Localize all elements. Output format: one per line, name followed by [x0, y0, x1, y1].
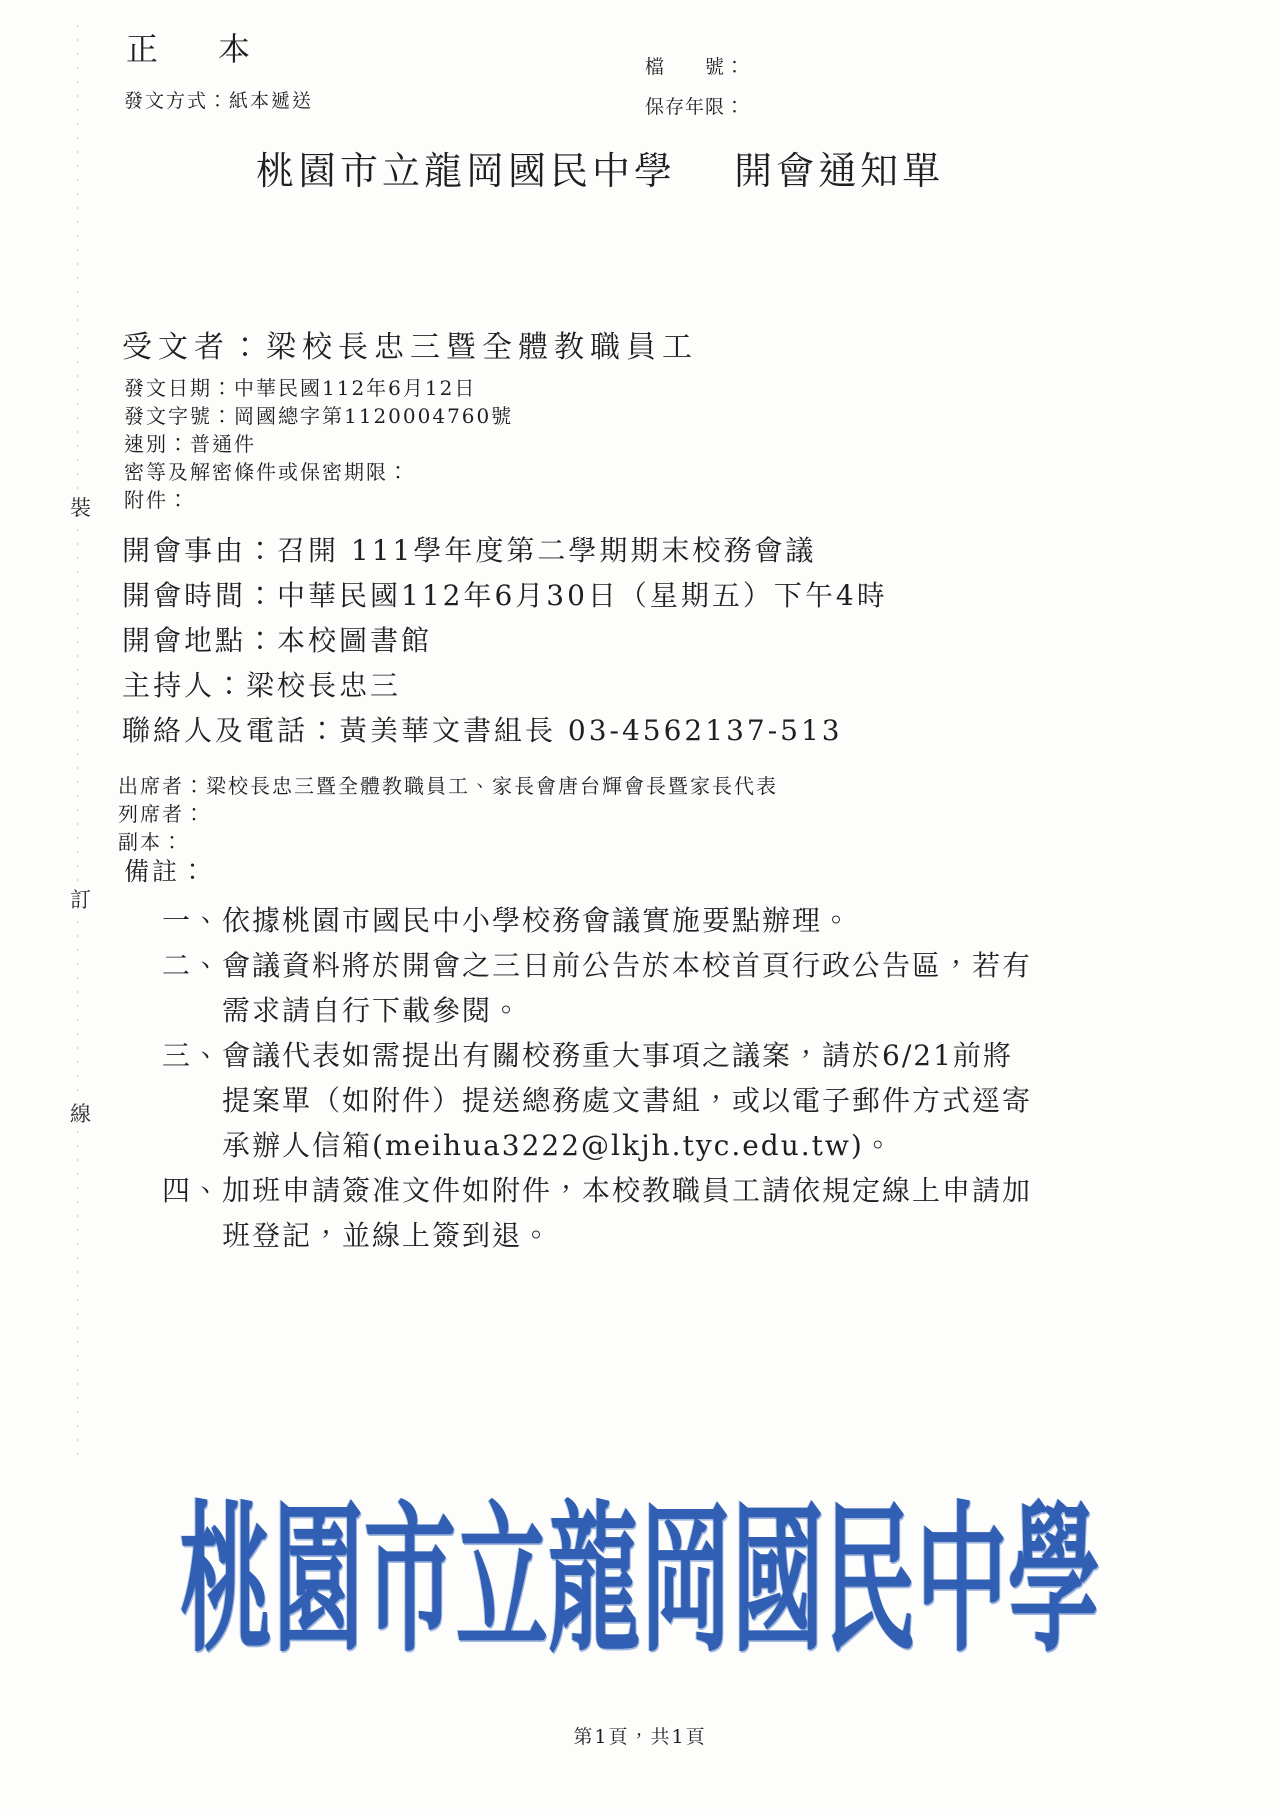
- remark-text: 依據桃園市國民中小學校務會議實施要點辦理。: [222, 898, 1040, 943]
- school-stamp-text: 桃園市立龍岡國民中學: [180, 1452, 1100, 1683]
- recipient-line: 受文者：梁校長忠三暨全體教職員工: [122, 322, 698, 366]
- meeting-subject-line: 開會事由：召開 111學年度第二學期期末校務會議: [122, 528, 888, 573]
- binding-mark-ding: 訂: [70, 884, 91, 914]
- copy-type-marker: 正 本: [126, 24, 264, 70]
- binding-mark-xian: 線: [70, 1098, 91, 1128]
- retention-period-label: 保存年限：: [645, 92, 745, 119]
- cc-line: 副本：: [118, 828, 778, 856]
- remark-item: 四、 加班申請簽准文件如附件，本校教職員工請依規定線上申請加班登記，並線上簽到退…: [162, 1168, 1062, 1258]
- page-indicator: 第1頁，共1頁: [0, 1722, 1280, 1749]
- issue-number-line: 發文字號：岡國總字第1120004760號: [124, 402, 513, 430]
- remark-item: 三、 會議代表如需提出有關校務重大事項之議案，請於6/21前將提案單（如附件）提…: [162, 1033, 1062, 1168]
- attendee-block: 出席者：梁校長忠三暨全體教職員工、家長會唐台輝會長暨家長代表 列席者： 副本：: [118, 772, 778, 856]
- remark-item: 一、 依據桃園市國民中小學校務會議實施要點辦理。: [162, 898, 1062, 943]
- document-page: 裝 訂 線 正 本 發文方式：紙本遞送 檔 號： 保存年限： 桃園市立龍岡國民中…: [0, 0, 1280, 1810]
- attachment-line: 附件：: [124, 486, 513, 514]
- school-stamp: 桃園市立龍岡國民中學: [0, 1452, 1280, 1584]
- attendees-line: 出席者：梁校長忠三暨全體教職員工、家長會唐台輝會長暨家長代表: [118, 772, 778, 800]
- binding-mark-zhuang: 裝: [70, 492, 91, 522]
- remark-text: 會議代表如需提出有關校務重大事項之議案，請於6/21前將提案單（如附件）提送總務…: [222, 1033, 1040, 1168]
- meeting-place-line: 開會地點：本校圖書館: [122, 618, 888, 663]
- remark-number: 一、: [162, 898, 222, 943]
- contact-line: 聯絡人及電話：黃美華文書組長 03-4562137-513: [122, 708, 888, 753]
- observers-line: 列席者：: [118, 800, 778, 828]
- speed-class-line: 速別：普通件: [124, 430, 513, 458]
- remark-number: 三、: [162, 1033, 222, 1078]
- delivery-method-line: 發文方式：紙本遞送: [124, 86, 313, 113]
- meeting-block: 開會事由：召開 111學年度第二學期期末校務會議 開會時間：中華民國112年6月…: [122, 528, 888, 753]
- remarks-label: 備註：: [124, 852, 208, 888]
- meeting-chair-line: 主持人：梁校長忠三: [122, 663, 888, 708]
- remark-item: 二、 會議資料將於開會之三日前公告於本校首頁行政公告區，若有需求請自行下載參閱。: [162, 943, 1062, 1033]
- file-number-label: 檔 號：: [645, 52, 745, 79]
- remark-text: 加班申請簽准文件如附件，本校教職員工請依規定線上申請加班登記，並線上簽到退。: [222, 1168, 1040, 1258]
- issue-date-line: 發文日期：中華民國112年6月12日: [124, 374, 513, 402]
- remark-number: 二、: [162, 943, 222, 988]
- meeting-time-line: 開會時間：中華民國112年6月30日（星期五）下午4時: [122, 573, 888, 618]
- security-class-line: 密等及解密條件或保密期限：: [124, 458, 513, 486]
- remark-text: 會議資料將於開會之三日前公告於本校首頁行政公告區，若有需求請自行下載參閱。: [222, 943, 1040, 1033]
- remarks-list: 一、 依據桃園市國民中小學校務會議實施要點辦理。 二、 會議資料將於開會之三日前…: [162, 898, 1062, 1258]
- document-title: 桃園市立龍岡國民中學 開會通知單: [256, 140, 944, 195]
- remark-number: 四、: [162, 1168, 222, 1213]
- meta-block: 發文日期：中華民國112年6月12日 發文字號：岡國總字第1120004760號…: [124, 374, 513, 514]
- binding-dotted-line: [77, 25, 78, 1455]
